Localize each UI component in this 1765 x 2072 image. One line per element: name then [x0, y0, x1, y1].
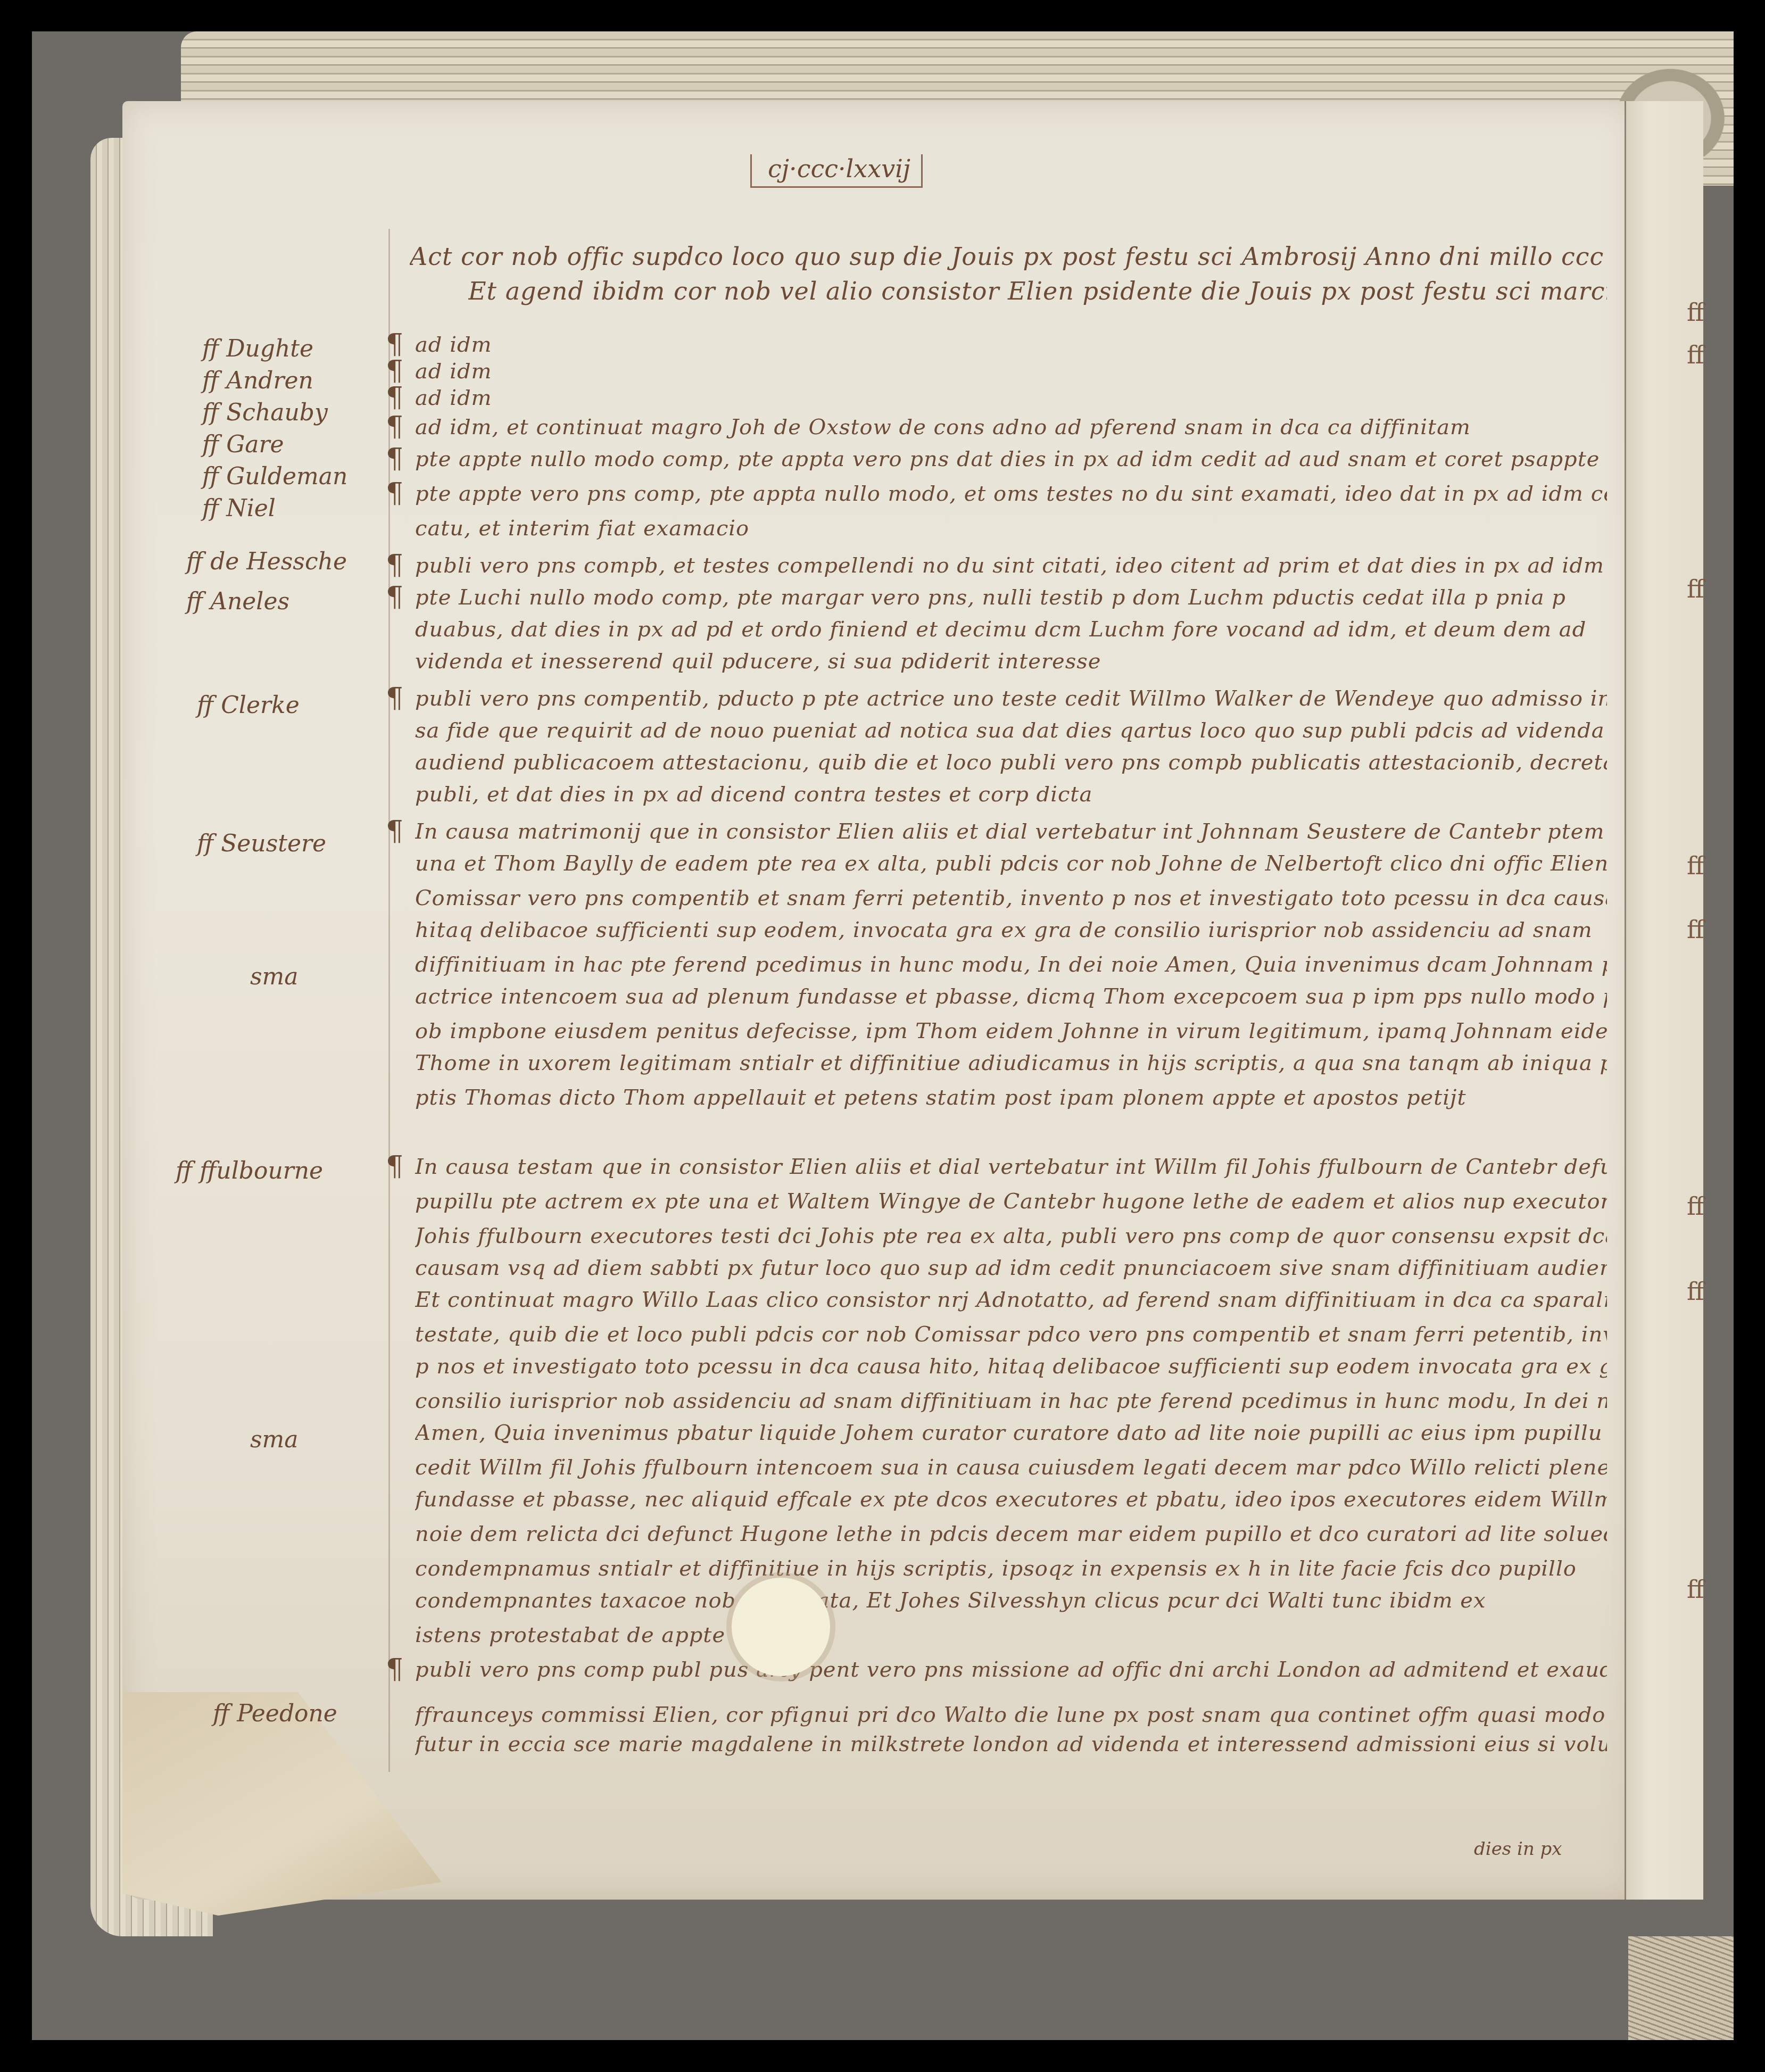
- text-line: una et Thom Baylly de eadem pte rea ex a…: [415, 851, 1607, 876]
- margin-name: ff Guldeman: [202, 463, 347, 490]
- catchword: dies in px: [1474, 1838, 1562, 1860]
- text-line: pte appte vero pns comp, pte appta nullo…: [415, 482, 1607, 506]
- text-line: publi vero pns compb, et testes compelle…: [415, 553, 1604, 578]
- text-line: Et agend ibidm cor nob vel alio consisto…: [468, 277, 1607, 305]
- text-line: audiend publicacoem attestacionu, quib d…: [415, 750, 1607, 775]
- margin-name: ff Gare: [202, 431, 284, 458]
- margin-name-label: de Hessche: [210, 548, 347, 575]
- parchment-hole: [732, 1578, 830, 1676]
- margin-name: ff Niel: [202, 495, 276, 522]
- text-line: pupillu pte actrem ex pte una et Waltem …: [415, 1189, 1607, 1214]
- margin-name-label: ffulbourne: [200, 1157, 323, 1184]
- paragraph-mark-icon: ff: [186, 548, 210, 575]
- paragraph-mark-icon: ff: [202, 463, 226, 490]
- margin-name: ff ffulbourne: [176, 1157, 323, 1184]
- text-line: publi, et dat dies in px ad dicend contr…: [415, 782, 1092, 807]
- margin-name-label: Aneles: [210, 588, 289, 615]
- paragraph-mark-icon: ff: [202, 399, 226, 426]
- text-line: cedit Willm fil Johis ffulbourn intencoe…: [415, 1455, 1607, 1480]
- text-line: hitaq delibacoe sufficienti sup eodem, i…: [415, 918, 1593, 942]
- folio-heading: cj·ccc·lxxvij: [750, 154, 923, 188]
- text-line: condempnamus sntialr et diffinitiue in h…: [415, 1556, 1577, 1581]
- text-line: ad idm: [415, 333, 492, 357]
- margin-name: ff Aneles: [186, 588, 289, 615]
- text-line: testate, quib die et loco publi pdcis co…: [415, 1322, 1607, 1347]
- text-line: publi vero pns comp publ pus arty pent v…: [415, 1657, 1607, 1682]
- text-line: In causa testam que in consistor Elien a…: [415, 1155, 1607, 1179]
- margin-name: ff Clerke: [197, 692, 300, 719]
- margin-name-label: Clerke: [221, 692, 300, 719]
- text-line: causam vsq ad diem sabbti px futur loco …: [415, 1256, 1607, 1280]
- paragraph-mark-icon: ¶: [386, 411, 403, 443]
- margin-name-label: Niel: [226, 495, 276, 522]
- text-line: noie dem relicta dci defunct Hugone leth…: [415, 1522, 1607, 1546]
- margin-name: ff Seustere: [197, 830, 326, 857]
- paragraph-mark-icon: ff: [202, 431, 226, 458]
- text-line: consilio iurisprior nob assidenciu ad sn…: [415, 1389, 1607, 1413]
- text-line: diffinitiuam in hac pte ferend pcedimus …: [415, 952, 1607, 977]
- text-line: ffraunceys commissi Elien, cor pfignui p…: [415, 1703, 1607, 1727]
- margin-name-label: Guldeman: [226, 463, 347, 490]
- text-line: ad idm: [415, 386, 492, 410]
- paragraph-mark-icon: ff: [186, 588, 210, 615]
- margin-name-label: Gare: [226, 431, 284, 458]
- paragraph-mark-icon: ff: [176, 1157, 200, 1184]
- margin-name-label: Dughte: [226, 335, 313, 362]
- margin-name-label: Schauby: [226, 399, 328, 426]
- margin-name-label: sma: [250, 963, 299, 990]
- facing-page-edge: [1625, 101, 1703, 1900]
- text-line: Act cor nob offic supdco loco quo sup di…: [410, 242, 1607, 271]
- facing-page-mark: ff: [1687, 1575, 1704, 1604]
- text-line: condempnantes taxacoe nob reseruata, Et …: [415, 1588, 1486, 1613]
- margin-name-label: sma: [250, 1426, 299, 1453]
- binding-thread-bottom: [1628, 1936, 1734, 2040]
- paragraph-mark-icon: ff: [197, 692, 221, 719]
- text-line: sa fide que requirit ad de nouo pueniat …: [415, 718, 1607, 743]
- margin-name: ff Dughte: [202, 335, 313, 362]
- text-line: ob impbone eiusdem penitus defecisse, ip…: [415, 1019, 1607, 1043]
- text-line: actrice intencoem sua ad plenum fundasse…: [415, 984, 1607, 1009]
- paragraph-mark-icon: ¶: [386, 549, 403, 581]
- text-line: Et continuat magro Willo Laas clico cons…: [415, 1288, 1607, 1312]
- facing-page-mark: ff: [1687, 298, 1704, 327]
- text-line: p nos et investigato toto pcessu in dca …: [415, 1354, 1607, 1379]
- paragraph-mark-icon: ¶: [386, 682, 403, 714]
- paragraph-mark-icon: ¶: [386, 1653, 403, 1685]
- facing-page-mark: ff: [1687, 1192, 1704, 1221]
- paragraph-mark-icon: ff: [202, 495, 226, 522]
- margin-name-label: Seustere: [221, 830, 326, 857]
- margin-name: ff de Hessche: [186, 548, 347, 575]
- text-line: duabus, dat dies in px ad pd et ordo fin…: [415, 617, 1586, 642]
- margin-name: sma: [250, 1426, 299, 1453]
- text-line: Comissar vero pns compentib et snam ferr…: [415, 886, 1607, 910]
- paragraph-mark-icon: ff: [197, 830, 221, 857]
- margin-name: ff Andren: [202, 367, 313, 394]
- facing-page-mark: ff: [1687, 915, 1704, 944]
- text-line: futur in eccia sce marie magdalene in mi…: [415, 1732, 1607, 1756]
- paragraph-mark-icon: ff: [202, 335, 226, 362]
- text-line: ad idm: [415, 359, 492, 384]
- paragraph-mark-icon: ff: [213, 1700, 237, 1727]
- facing-page-mark: ff: [1687, 575, 1704, 603]
- paragraph-mark-icon: ¶: [386, 1150, 403, 1182]
- text-line: fundasse et pbasse, nec aliquid effcale …: [415, 1487, 1607, 1512]
- text-line: Thome in uxorem legitimam sntialr et dif…: [415, 1051, 1607, 1075]
- text-line: pte appte nullo modo comp, pte appta ver…: [415, 447, 1607, 471]
- paragraph-mark-icon: ¶: [386, 815, 403, 847]
- text-line: Johis ffulbourn executores testi dci Joh…: [415, 1224, 1607, 1248]
- paragraph-mark-icon: ¶: [386, 382, 403, 413]
- text-line: publi vero pns compentib, pducto p pte a…: [415, 686, 1607, 711]
- margin-name: ff Schauby: [202, 399, 328, 426]
- paragraph-mark-icon: ¶: [386, 581, 403, 613]
- margin-name: sma: [250, 963, 299, 990]
- text-line: pte Luchi nullo modo comp, pte margar ve…: [415, 585, 1566, 610]
- text-line: catu, et interim fiat examacio: [415, 516, 749, 541]
- text-line: ptis Thomas dicto Thom appellauit et pet…: [415, 1085, 1466, 1110]
- facing-page-mark: ff: [1687, 851, 1704, 880]
- paragraph-mark-icon: ¶: [386, 443, 403, 475]
- text-line: In causa matrimonij que in consistor Eli…: [415, 819, 1607, 844]
- paragraph-mark-icon: ¶: [386, 477, 403, 509]
- facing-page-mark: ff: [1687, 341, 1704, 369]
- margin-name: ff Peedone: [213, 1700, 337, 1727]
- facing-page-mark: ff: [1687, 1277, 1704, 1306]
- margin-name-label: Peedone: [237, 1700, 337, 1727]
- margin-name-label: Andren: [226, 367, 313, 394]
- text-line: videnda et inesserend quil pducere, si s…: [415, 649, 1101, 674]
- text-line: Amen, Quia invenimus pbatur liquide Johe…: [415, 1421, 1603, 1445]
- text-line: istens protestabat de appte: [415, 1623, 725, 1647]
- text-line: ad idm, et continuat magro Joh de Oxstow…: [415, 415, 1471, 440]
- paragraph-mark-icon: ff: [202, 367, 226, 394]
